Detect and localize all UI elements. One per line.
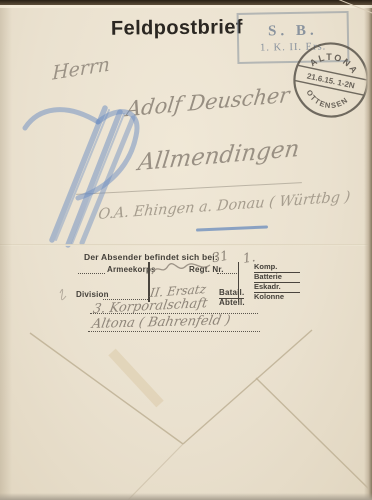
- kolonne-label: Kolonne: [254, 293, 300, 302]
- postmark-stamp: ALTONA OTTENSEN 21.6.15. 1-2N: [285, 34, 372, 127]
- pencil-margin-mark: [60, 289, 66, 299]
- address-salutation: Herrn: [52, 53, 110, 84]
- abteil-label: Abteil.: [219, 298, 245, 307]
- feldpostbrief-title: Feldpostbrief: [111, 16, 243, 40]
- blue-crayon-scrawl: [20, 92, 145, 252]
- scan-edge-left: [0, 0, 12, 500]
- scan-edge-right: [364, 0, 372, 500]
- feldpost-envelope-scan: Feldpostbrief S. B. 1. K. II. Ers. ALTON…: [0, 0, 372, 500]
- address-name: Adolf Deuscher: [125, 83, 291, 122]
- regt-nr-handwritten: 31: [211, 249, 230, 267]
- envelope-top-highlight: [0, 5, 372, 8]
- dotted-leader: [217, 272, 239, 274]
- armeekorps-handwritten-scrawl: [150, 260, 212, 280]
- blue-crayon-underline: [196, 225, 268, 231]
- address-town: Allmendingen: [137, 136, 301, 176]
- scan-edge-bottom: [0, 493, 372, 500]
- dotted-leader: [88, 331, 260, 332]
- dotted-leader: [78, 272, 105, 274]
